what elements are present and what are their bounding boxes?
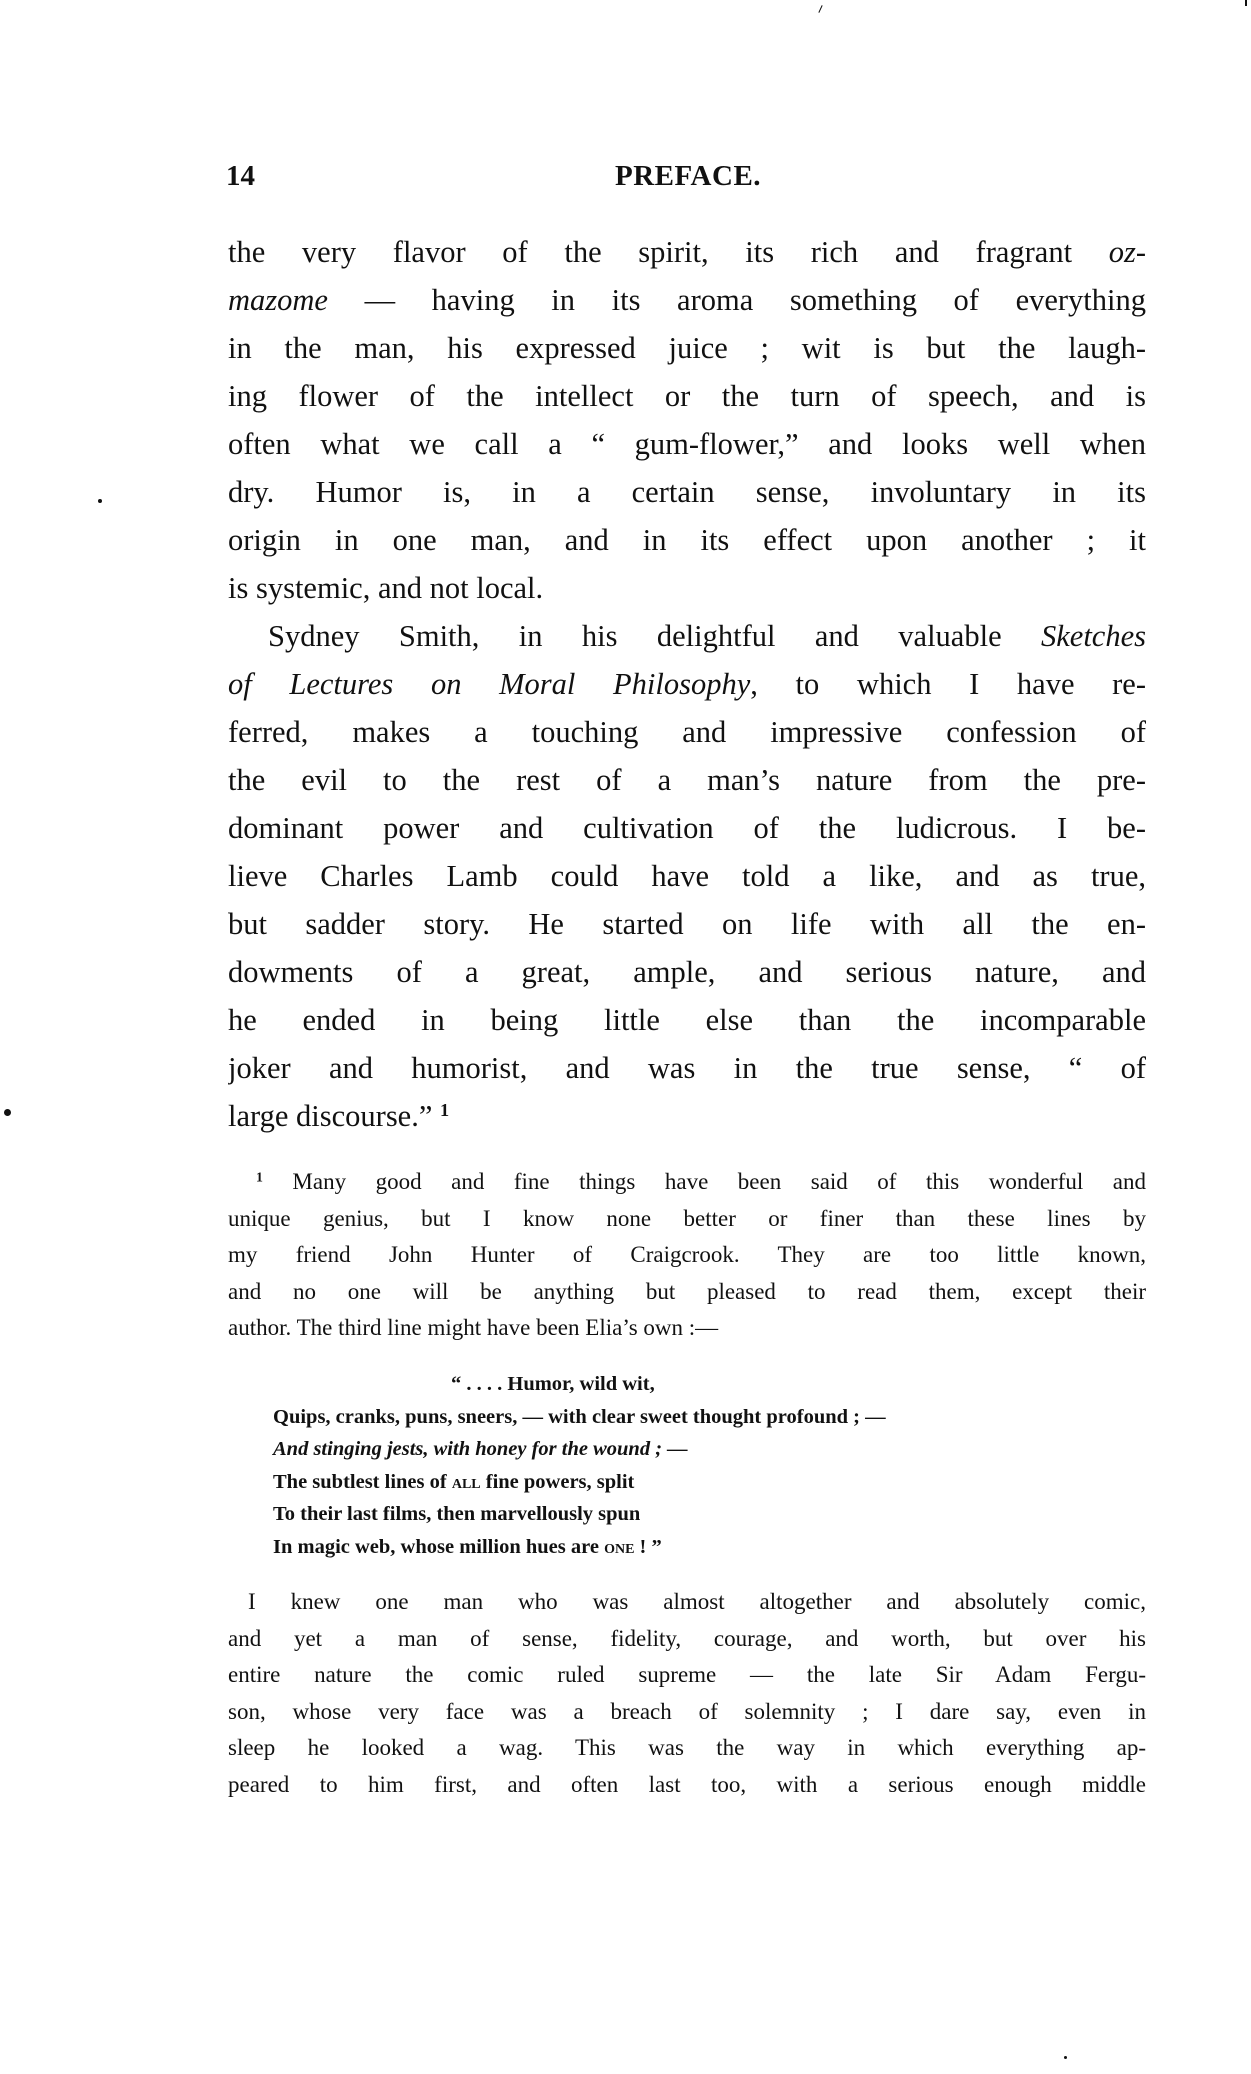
- poem-line: Quips, cranks, puns, sneers, — with clea…: [273, 1403, 886, 1431]
- text-line: peared to him first, and often last too,…: [228, 1770, 1146, 1800]
- text-line: son, whose very face was a breach of sol…: [228, 1697, 1146, 1727]
- text-line: of Lectures on Moral Philosophy, to whic…: [228, 664, 1146, 704]
- text-line: the evil to the rest of a man’s nature f…: [228, 760, 1146, 800]
- text-line: origin in one man, and in its effect upo…: [228, 520, 1146, 560]
- text-line: ferred, makes a touching and impressive …: [228, 712, 1146, 752]
- text-line: joker and humorist, and was in the true …: [228, 1048, 1146, 1088]
- italic-text: And stinging jests, with honey for the w…: [273, 1438, 688, 1460]
- poem-line: “ . . . . Humor, wild wit,: [451, 1370, 655, 1398]
- scan-speck: [1064, 2056, 1067, 2059]
- scan-speck: [818, 5, 822, 13]
- footnote-line: unique genius, but I know none better or…: [228, 1204, 1146, 1234]
- footnote-line: and no one will be anything but pleased …: [228, 1277, 1146, 1307]
- book-page: 14 PREFACE. the very flavor of the spiri…: [0, 0, 1251, 2074]
- text-line: large discourse.” 1: [228, 1096, 1146, 1136]
- footnote-line: my friend John Hunter of Craigcrook. The…: [228, 1240, 1146, 1270]
- italic-text: mazome: [228, 283, 328, 317]
- page-number: 14: [226, 160, 255, 192]
- text-line: often what we call a “ gum-flower,” and …: [228, 424, 1146, 464]
- text-line: Sydney Smith, in his delightful and valu…: [268, 616, 1146, 656]
- italic-text: Sketches: [1041, 619, 1146, 653]
- text-line: entire nature the comic ruled supreme — …: [228, 1660, 1146, 1690]
- poem-line: In magic web, whose million hues are one…: [273, 1533, 662, 1561]
- scan-speck: [4, 1109, 11, 1116]
- text-line: but sadder story. He started on life wit…: [228, 904, 1146, 944]
- scan-speck: [98, 499, 102, 503]
- small-caps-text: all: [452, 1471, 481, 1493]
- poem-line: And stinging jests, with honey for the w…: [273, 1435, 688, 1463]
- poem-line: To their last films, then marvellously s…: [273, 1500, 640, 1528]
- text-line: lieve Charles Lamb could have told a lik…: [228, 856, 1146, 896]
- text-line: dowments of a great, ample, and serious …: [228, 952, 1146, 992]
- footnote-marker: 1: [256, 1169, 263, 1184]
- text-line: is systemic, and not local.: [228, 568, 1146, 608]
- footnote-line: author. The third line might have been E…: [228, 1313, 1146, 1343]
- footnote-line: 1 Many good and fine things have been sa…: [256, 1167, 1146, 1197]
- running-title: PREFACE.: [615, 160, 761, 192]
- text-line: I knew one man who was almost altogether…: [248, 1587, 1146, 1617]
- text-line: dry. Humor is, in a certain sense, invol…: [228, 472, 1146, 512]
- text-line: and yet a man of sense, fidelity, courag…: [228, 1624, 1146, 1654]
- text-line: dominant power and cultivation of the lu…: [228, 808, 1146, 848]
- small-caps-text: one: [604, 1536, 634, 1558]
- poem-line: The subtlest lines of all fine powers, s…: [273, 1468, 634, 1496]
- text-line: in the man, his expressed juice ; wit is…: [228, 328, 1146, 368]
- italic-text: of Lectures on Moral Philosophy: [228, 667, 750, 701]
- text-line: ing flower of the intellect or the turn …: [228, 376, 1146, 416]
- footnote-marker: 1: [440, 1100, 449, 1120]
- text-line: sleep he looked a wag. This was the way …: [228, 1733, 1146, 1763]
- text-line: mazome — having in its aroma something o…: [228, 280, 1146, 320]
- text-line: he ended in being little else than the i…: [228, 1000, 1146, 1040]
- text-line: the very flavor of the spirit, its rich …: [228, 232, 1146, 272]
- italic-text: oz-: [1109, 235, 1146, 269]
- scan-speck: [1245, 0, 1247, 6]
